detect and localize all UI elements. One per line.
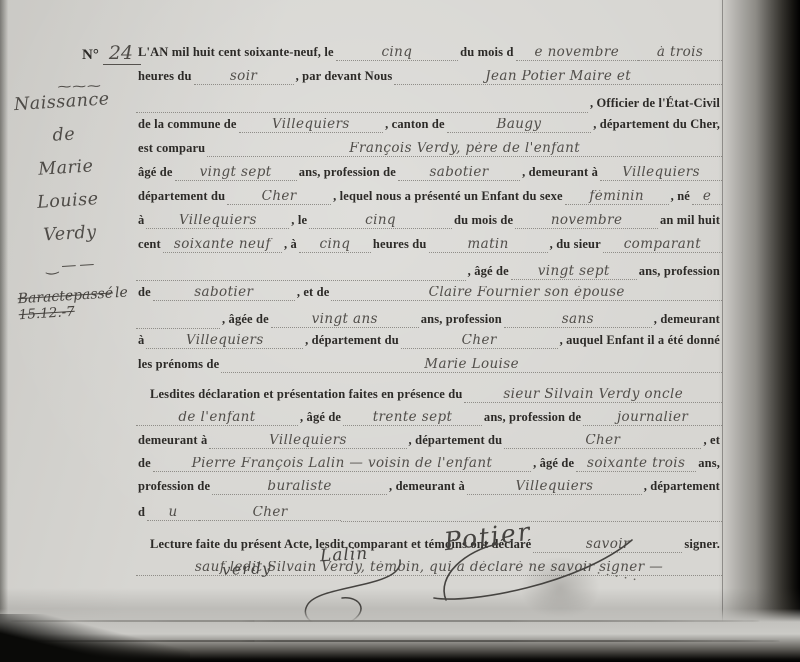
printed-form-text: , canton de <box>383 118 447 131</box>
handwritten-entry: Villequiers <box>146 214 289 229</box>
handwritten-entry: Pierre François Lalin — voisin de l'enfa… <box>153 457 531 472</box>
acte-line: L'AN mil huit cent soixante-neuf, lecinq… <box>136 46 722 70</box>
printed-form-text: cent <box>136 238 163 251</box>
handwritten-entry: journalier <box>583 411 722 426</box>
acte-number-label: N° <box>82 47 99 63</box>
acte-line: desabotier, et deClaire Fournier son épo… <box>136 286 722 310</box>
printed-form-text: profession de <box>136 480 212 493</box>
printed-form-text: , département <box>642 480 722 493</box>
acte-line: , âgée devingt ansans, professionsans, d… <box>136 310 722 334</box>
dotted-blank <box>136 262 466 281</box>
handwritten-entry: Jean Potier Maire et <box>394 70 722 85</box>
handwritten-entry: Villequiers <box>467 480 642 495</box>
printed-form-text: est comparu <box>136 142 207 155</box>
printed-form-text: signer. <box>682 538 722 551</box>
handwritten-entry: François Verdy, père de l'enfant <box>207 142 722 157</box>
acte-line: àVillequiers, département duCher, auquel… <box>136 334 722 358</box>
handwritten-entry: vingt sept <box>511 265 637 280</box>
printed-form-text: à <box>136 214 146 227</box>
printed-form-text: heures du <box>371 238 429 251</box>
printed-form-text: , demeurant à <box>520 166 600 179</box>
margin-struck-note: Baractepasséle 15.12.-7 <box>9 283 139 324</box>
printed-form-text: heures du <box>136 70 194 83</box>
acte-line: duCher <box>136 503 722 526</box>
printed-form-text: de <box>136 457 153 470</box>
handwritten-entry: Cher <box>401 334 558 349</box>
printed-form-text: , âgée de <box>220 313 271 326</box>
acte-line: les prénoms deMarie Louise <box>136 358 722 382</box>
handwritten-entry: Claire Fournier son épouse <box>331 286 722 301</box>
printed-form-text: , à <box>282 238 299 251</box>
printed-form-text: , auquel Enfant il a été donné <box>558 334 722 347</box>
printed-form-text: , Officier de l'État-Civil <box>588 97 722 110</box>
handwritten-entry: Villequiers <box>600 166 722 181</box>
handwritten-entry: savoir <box>533 538 682 553</box>
acte-line: âgé devingt septans, profession desaboti… <box>136 166 722 190</box>
handwritten-entry: vingt sept <box>175 166 297 181</box>
handwritten-entry: cinq <box>309 214 452 229</box>
page-left-edge <box>0 0 9 662</box>
handwritten-entry: trente sept <box>343 411 482 426</box>
handwritten-entry: Cher <box>199 506 341 521</box>
handwritten-entry: sieur Silvain Verdy oncle <box>464 388 722 403</box>
printed-form-text: les prénoms de <box>136 358 221 371</box>
acte-line: de la commune deVillequiers, canton deBa… <box>136 118 722 142</box>
printed-form-text: ans, profession <box>637 265 722 278</box>
handwritten-entry: sabotier <box>398 166 520 181</box>
printed-form-text: , département du <box>407 434 505 447</box>
printed-form-text: , département du Cher, <box>591 118 722 131</box>
printed-form-text: , âgé de <box>298 411 343 424</box>
printed-form-text: L'AN mil huit cent soixante-neuf, le <box>136 46 336 59</box>
printed-form-text: ans, profession de <box>482 411 583 424</box>
handwritten-entry: novembre <box>515 214 658 229</box>
acte-line: de l'enfant, âgé detrente septans, profe… <box>136 411 722 434</box>
bottom-left-corner-shadow <box>0 614 190 662</box>
printed-form-text: département du <box>136 190 227 203</box>
handwritten-entry: cinq <box>299 238 371 253</box>
handwritten-entry: Cher <box>504 434 701 449</box>
handwritten-entry: Villequiers <box>209 434 406 449</box>
acte-line: est comparuFrançois Verdy, père de l'enf… <box>136 142 722 166</box>
printed-form-text: de <box>136 286 153 299</box>
printed-form-text: , né <box>669 190 692 203</box>
printed-form-text: d <box>136 506 147 519</box>
printed-form-text: , et de <box>295 286 332 299</box>
handwritten-entry: buraliste <box>212 480 387 495</box>
printed-form-text: , du sieur <box>548 238 603 251</box>
handwritten-entry: féminin <box>565 190 669 205</box>
printed-form-text: , par devant Nous <box>294 70 395 83</box>
handwritten-entry: Baugy <box>447 118 592 133</box>
handwritten-entry: sabotier <box>153 286 295 301</box>
handwritten-entry: sans <box>504 313 652 328</box>
signature-verdy: verdy <box>222 559 273 579</box>
signature-lalin: Lalin <box>320 544 369 566</box>
printed-form-text: , lequel nous a présenté un Enfant du se… <box>331 190 565 203</box>
acte-line: àVillequiers, lecinqdu mois denovembrean… <box>136 214 722 238</box>
printed-form-text: , le <box>289 214 309 227</box>
printed-form-text: , demeurant <box>652 313 722 326</box>
printed-form-text: à <box>136 334 146 347</box>
dotted-blank <box>136 94 588 113</box>
printed-form-text: , âgé de <box>531 457 576 470</box>
printed-form-text: âgé de <box>136 166 175 179</box>
handwritten-entry: Marie Louise <box>221 358 722 373</box>
printed-form-text: , demeurant à <box>387 480 467 493</box>
acte-line: , Officier de l'État-Civil <box>136 94 722 118</box>
printed-form-text: du mois d <box>458 46 515 59</box>
printed-form-text: an mil huit <box>658 214 722 227</box>
printed-form-text: , département du <box>303 334 401 347</box>
register-scan: N° 24 ~~~ NaissancedeMarieLouiseVerdy ‿—… <box>0 0 800 662</box>
handwritten-entry: à trois <box>638 46 722 61</box>
handwritten-entry: Villequiers <box>146 334 303 349</box>
acte-line: demeurant àVillequiers, département duCh… <box>136 434 722 457</box>
handwritten-entry: Villequiers <box>239 118 384 133</box>
handwritten-entry: Cher <box>227 190 331 205</box>
acte-line: Lecture faite du présent Acte, lesdit co… <box>136 538 722 561</box>
printed-form-text: demeurant à <box>136 434 209 447</box>
handwritten-entry: cinq <box>336 46 458 61</box>
book-gutter-shadow <box>718 0 800 662</box>
handwritten-entry: de l'enfant <box>136 411 298 426</box>
acte-body: L'AN mil huit cent soixante-neuf, lecinq… <box>136 46 722 584</box>
printed-form-text: Lesdites déclaration et présentation fai… <box>148 388 464 401</box>
margin-annotations: NaissancedeMarieLouiseVerdy ‿—— Baractep… <box>0 82 139 323</box>
handwritten-entry: comparant <box>603 238 722 253</box>
handwritten-entry: soixante neuf <box>163 238 282 253</box>
acte-line: centsoixante neuf, àcinqheures dumatin, … <box>136 238 722 262</box>
acte-line: dePierre François Lalin — voisin de l'en… <box>136 457 722 480</box>
handwritten-entry: vingt ans <box>271 313 419 328</box>
acte-line: département duCher, lequel nous a présen… <box>136 190 722 214</box>
acte-line: , âgé devingt septans, profession <box>136 262 722 286</box>
printed-form-text: ans, profession de <box>297 166 398 179</box>
printed-form-text: ans, profession <box>419 313 504 326</box>
printed-form-text: , âgé de <box>466 265 511 278</box>
handwritten-entry: u <box>147 506 199 521</box>
dotted-blank <box>341 503 722 522</box>
handwritten-entry: matin <box>429 238 548 253</box>
handwritten-entry: e novembre <box>516 46 638 61</box>
dotted-blank <box>136 310 220 329</box>
printed-form-text: du mois de <box>452 214 515 227</box>
acte-line: heures dusoir, par devant NousJean Potie… <box>136 70 722 94</box>
acte-line: profession deburaliste, demeurant àVille… <box>136 480 722 503</box>
handwritten-entry: soir <box>194 70 294 85</box>
handwritten-entry: soixante trois <box>576 457 696 472</box>
printed-form-text: de la commune de <box>136 118 239 131</box>
acte-number: N° 24 <box>82 42 141 64</box>
struck-note-tail: le <box>113 285 129 302</box>
acte-line: Lesdites déclaration et présentation fai… <box>136 388 722 411</box>
margin-title-lines: NaissancedeMarieLouiseVerdy <box>0 82 135 255</box>
